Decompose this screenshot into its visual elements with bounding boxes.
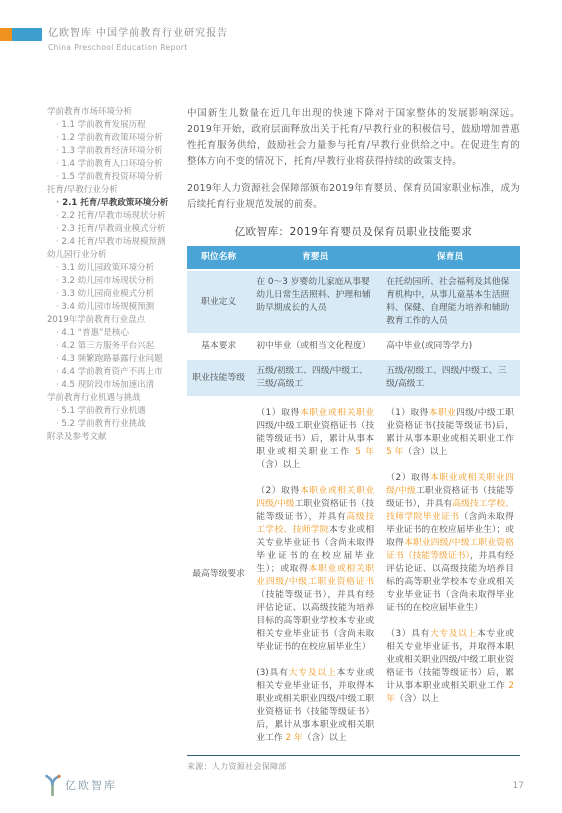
source-note: 来源：人力资源社会保障部 [187, 761, 520, 772]
intro-paragraph-1: 中国新生儿数量在近几年出现的快速下降对于国家整体的发展影响深远。2019年开始，… [187, 106, 520, 170]
toc-section-appendix[interactable]: 附录及参考文献 [47, 431, 189, 444]
report-title: 亿欧智库 中国学前教育行业研究报告 [48, 24, 228, 39]
report-subtitle: China Preschool Education Report [48, 43, 228, 52]
col-header-baoyuyuan: 保育员 [380, 246, 520, 269]
eo-logo-icon [44, 774, 61, 796]
requirement-paragraph: （2）取得本职业或相关职业四级/中级工职业资格证书（技能等级证书），并具有高级技… [256, 485, 374, 654]
row-label-skill-levels: 职业技能等级 [187, 360, 250, 396]
toc-item-4-4[interactable]: 4.4 学前教育资产不再上市 [47, 366, 189, 379]
toc-item-5-1[interactable]: 5.1 学前教育行业机遇 [47, 405, 189, 418]
brand-bar-orange [0, 28, 12, 41]
toc-item-3-3[interactable]: 3.3 幼儿园商业模式分析 [47, 288, 189, 301]
toc-item-1-5[interactable]: 1.5 学前教育投资环境分析 [47, 171, 189, 184]
intro-paragraph-2: 2019年人力资源社会保障部颁布2019年育婴员、保育员国家职业标准，成为后续托… [187, 181, 520, 213]
levels-yuying-cell: 五级/初级工、四级/中级工、三级/高级工 [250, 360, 380, 396]
toc-item-4-3[interactable]: 4.3 频繁跑路暴露行业问题 [47, 353, 189, 366]
toc-section-2019-review[interactable]: 2019年学前教育行业盘点 [47, 314, 189, 327]
footer-brand-block: 亿欧智库 [44, 774, 117, 796]
highest-baoyu-cell: （1）取得本职业四级/中级工职业资格证书(技能等级证书)后，累计从事本职业或相关… [380, 398, 520, 751]
toc-item-4-5[interactable]: 4.5 现阶段市场加速出清 [47, 379, 189, 392]
toc-item-2-4[interactable]: 2.4 托育/早教市场规模预测 [47, 236, 189, 249]
table-title: 亿欧智库：2019年育婴员及保育员职业技能要求 [187, 224, 520, 239]
requirement-paragraph: （2）取得本职业或相关职业四级/中级工职业资格证书（技能等级证书），并具有高级技… [386, 472, 514, 615]
toc-item-5-2[interactable]: 5.2 学前教育行业挑战 [47, 418, 189, 431]
report-page: 亿欧智库 中国学前教育行业研究报告 China Preschool Educat… [0, 0, 562, 813]
toc-item-4-2[interactable]: 4.2 第三方服务平台兴起 [47, 340, 189, 353]
col-header-position: 职位名称 [187, 246, 250, 269]
brand-bar-blue [12, 28, 42, 41]
basic-yuying-cell: 初中毕业（或相当文化程度） [250, 335, 380, 358]
table-bottom-divider [187, 755, 520, 756]
basic-baoyu-cell: 高中毕业(或同等学力) [380, 335, 520, 358]
page-number: 17 [513, 781, 524, 791]
brand-bars [0, 28, 42, 41]
requirement-paragraph: （3）具有大专及以上本专业或相关专业毕业证书，并取得本职业或相关职业四级/中级工… [386, 628, 514, 706]
toc-item-3-1[interactable]: 3.1 幼儿园政策环境分析 [47, 262, 189, 275]
toc-item-1-1[interactable]: 1.1 学前教育发展历程 [47, 119, 189, 132]
levels-baoyu-cell: 五级/初级工、四级/中级工、三级/高级工 [380, 360, 520, 396]
row-label-definition: 职业定义 [187, 271, 250, 333]
row-label-highest-level: 最高等级要求 [187, 398, 250, 751]
requirement-paragraph: （1）取得本职业四级/中级工职业资格证书(技能等级证书)后，累计从事本职业或相关… [386, 407, 514, 459]
table-row-skill-levels: 职业技能等级 五级/初级工、四级/中级工、三级/高级工 五级/初级工、四级/中级… [187, 360, 520, 396]
toc-item-4-1[interactable]: 4.1 “普惠”是核心 [47, 327, 189, 340]
toc-item-2-2[interactable]: 2.2 托育/早教市场现状分析 [47, 210, 189, 223]
definition-baoyu-cell: 在托幼园所、社会福利及其他保育机构中，从事儿童基本生活照料、保健、自理能力培养和… [380, 271, 520, 333]
table-row-highest-level: 最高等级要求 （1）取得本职业或相关职业四级/中级工职业资格证书（技能等级证书）… [187, 398, 520, 751]
footer-brand-text: 亿欧智库 [65, 777, 117, 793]
table-header-row: 职位名称 育婴员 保育员 [187, 246, 520, 269]
main-content: 中国新生儿数量在近几年出现的快速下降对于国家整体的发展影响深远。2019年开始，… [187, 106, 520, 772]
toc-section-kindergarten[interactable]: 幼儿园行业分析 [47, 249, 189, 262]
toc-item-1-3[interactable]: 1.3 学前教育经济环境分析 [47, 145, 189, 158]
toc-section-tuoyu[interactable]: 托育/早教行业分析 [47, 184, 189, 197]
toc-item-1-4[interactable]: 1.4 学前教育人口环境分析 [47, 158, 189, 171]
table-row-definition: 职业定义 在 0～3 岁婴幼儿家庭从事婴幼儿日常生活照料、护理和辅助早期成长的人… [187, 271, 520, 333]
toc-item-1-2[interactable]: 1.2 学前教育政策环境分析 [47, 132, 189, 145]
toc-item-3-2[interactable]: 3.2 幼儿园市场现状分析 [47, 275, 189, 288]
definition-yuying-cell: 在 0～3 岁婴幼儿家庭从事婴幼儿日常生活照料、护理和辅助早期成长的人员 [250, 271, 380, 333]
col-header-yuyingyuan: 育婴员 [250, 246, 380, 269]
report-header: 亿欧智库 中国学前教育行业研究报告 China Preschool Educat… [48, 24, 228, 52]
table-row-basic-requirement: 基本要求 初中毕业（或相当文化程度） 高中毕业(或同等学力) [187, 335, 520, 358]
toc-section-opportunity[interactable]: 学前教育行业机遇与挑战 [47, 392, 189, 405]
toc-section-market-env[interactable]: 学前教育市场环境分析 [47, 106, 189, 119]
requirement-paragraph: （1）取得本职业或相关职业四级/中级工职业资格证书（技能等级证书）后，累计从事本… [256, 407, 374, 472]
highest-yuying-cell: （1）取得本职业或相关职业四级/中级工职业资格证书（技能等级证书）后，累计从事本… [250, 398, 380, 751]
skills-requirements-table: 职位名称 育婴员 保育员 职业定义 在 0～3 岁婴幼儿家庭从事婴幼儿日常生活照… [187, 246, 520, 751]
row-label-basic: 基本要求 [187, 335, 250, 358]
toc-item-2-3[interactable]: 2.3 托育/早教商业模式分析 [47, 223, 189, 236]
toc-item-3-4[interactable]: 3.4 幼儿园市场规模预测 [47, 301, 189, 314]
toc-item-2-1-active[interactable]: 2.1 托育/早教政策环境分析 [47, 197, 189, 210]
table-of-contents: 学前教育市场环境分析 1.1 学前教育发展历程 1.2 学前教育政策环境分析 1… [47, 106, 189, 444]
requirement-paragraph: (3)具有大专及以上本专业或相关专业毕业证书，并取得本职业或相关职业四级/中级工… [256, 667, 374, 745]
